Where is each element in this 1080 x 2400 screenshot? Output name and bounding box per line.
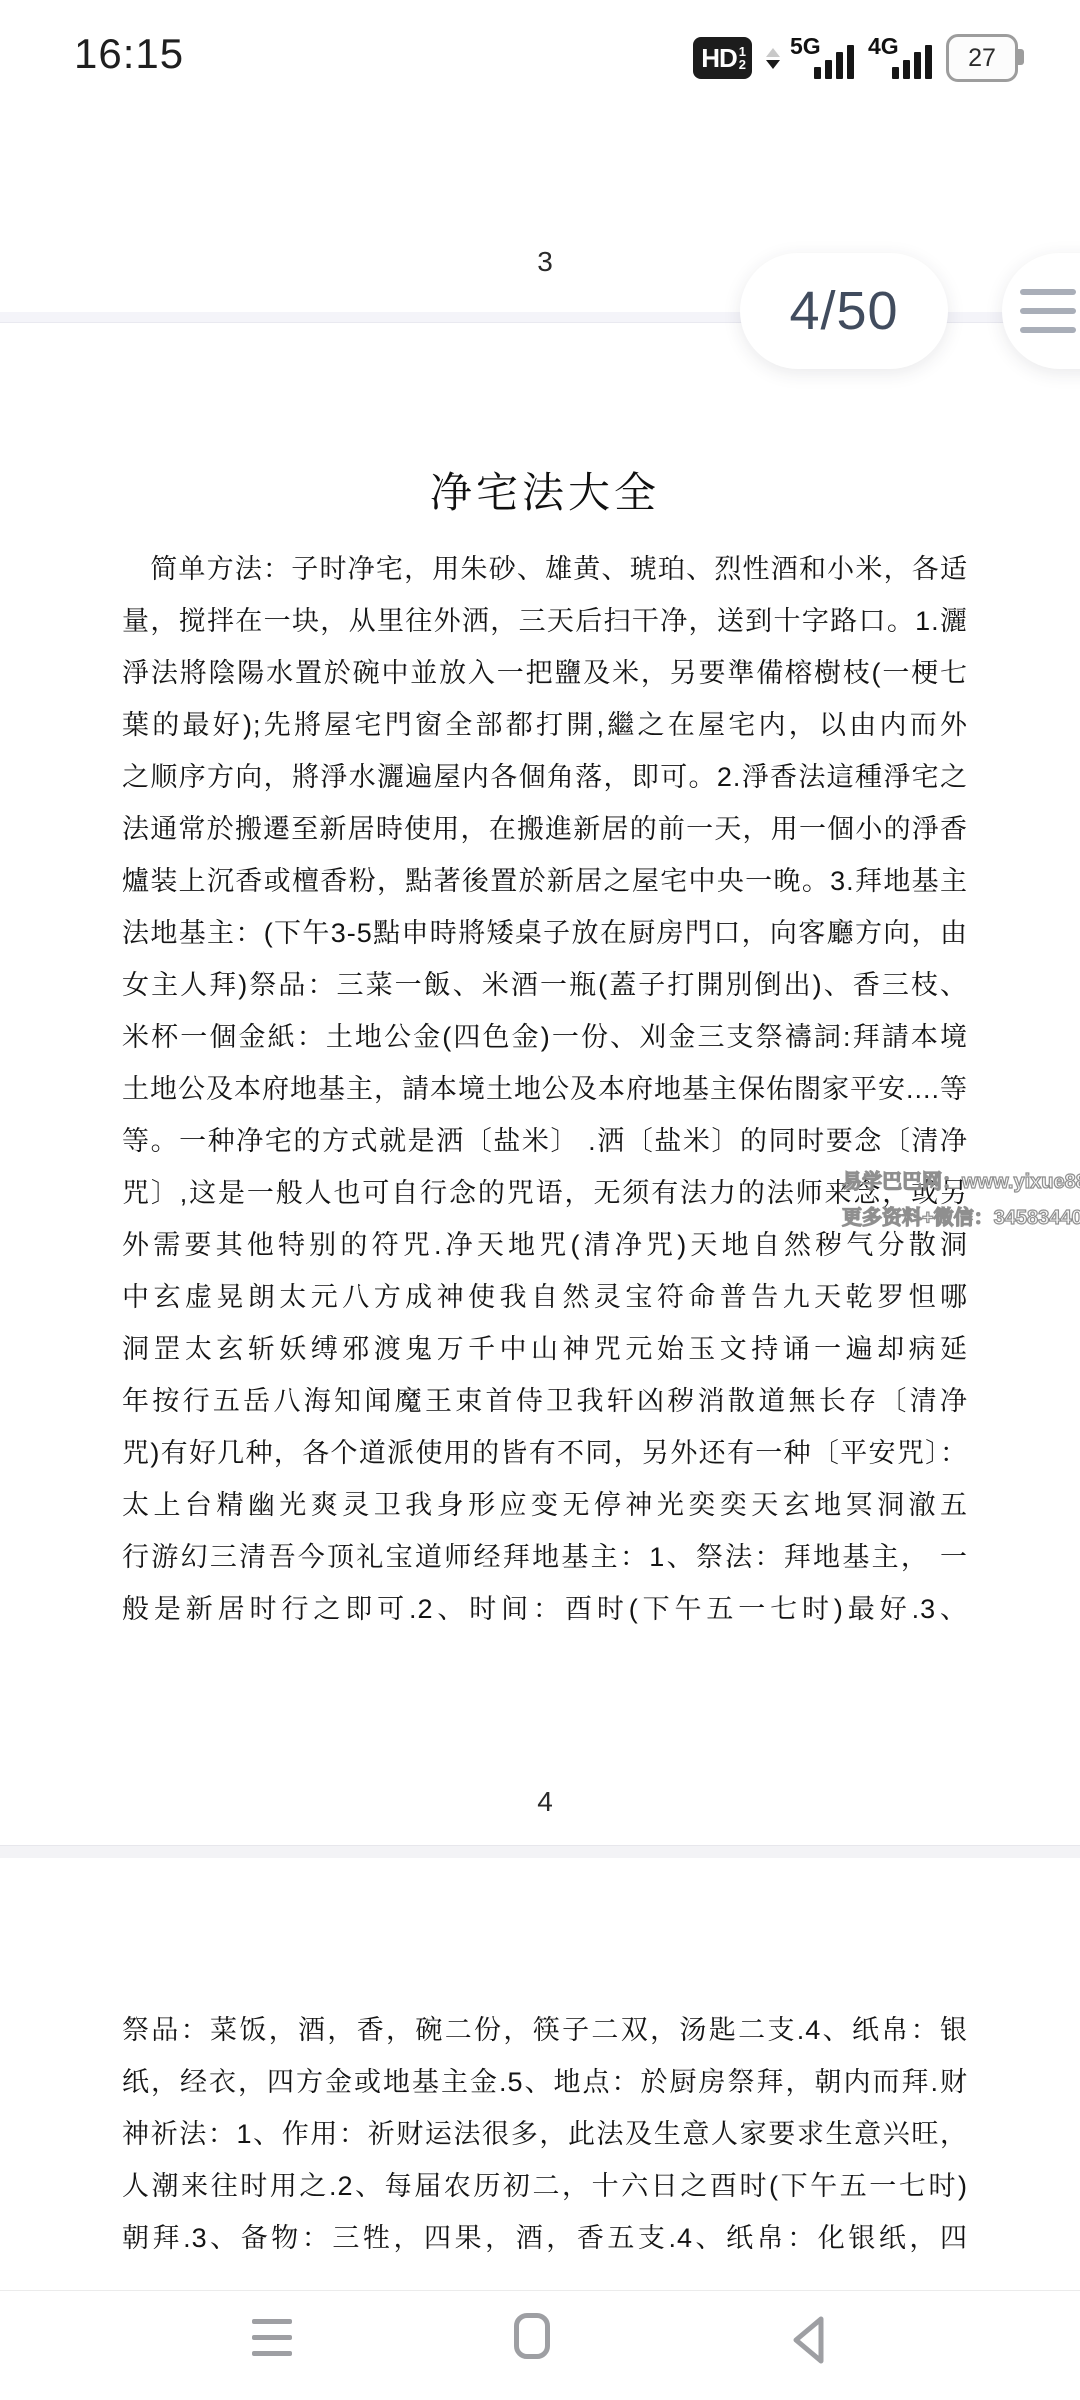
- text-line: 法通常於搬遷至新居時使用，在搬進新居的前一天，用一個小的淨香: [122, 803, 968, 855]
- recents-button[interactable]: [252, 2319, 292, 2356]
- text-line: 年按行五岳八海知闻魔王束首侍卫我轩凶秽消散道無长存〔清净: [122, 1375, 968, 1427]
- phone-screen: 16:15 HD 1 2 5G 4G: [0, 0, 1080, 2400]
- text-line: 爐装上沉香或檀香粉，點著後置於新居之屋宅中央一晚。3.拜地基主: [122, 855, 968, 907]
- text-line: 祭品：菜饭，酒，香，碗二份，筷子二双，汤匙二支.4、纸帛：银: [122, 2004, 968, 2056]
- watermark: 易学巴巴网：www.yixue88.cn 更多资料+微信：3458344044: [842, 1164, 1080, 1235]
- reader-menu-button[interactable]: [1002, 253, 1080, 369]
- text-line: 朝拜.3、备物：三牲，四果，酒，香五支.4、纸帛：化银纸，四: [122, 2212, 968, 2264]
- page-indicator-text: 4/50: [789, 280, 898, 342]
- text-line: 人潮来往时用之.2、每届农历初二，十六日之酉时(下午五一七时): [122, 2160, 968, 2212]
- text-line: 之顺序方向，將淨水灑遍屋内各個角落，即可。2.淨香法這種淨宅之: [122, 751, 968, 803]
- menu-lines-icon: [252, 2319, 292, 2324]
- status-icons: HD 1 2 5G 4G 27: [693, 34, 1018, 82]
- text-line: 般是新居时行之即可.2、时间：酉时(下午五一七时)最好.3、: [122, 1583, 968, 1635]
- hamburger-icon: [1020, 289, 1076, 295]
- text-line: 淨法將陰陽水置於碗中並放入一把鹽及米，另要準備榕樹枝(一梗七: [122, 647, 968, 699]
- page4-text: 简单方法：子时净宅，用朱砂、雄黄、琥珀、烈性酒和小米，各适量，搅拌在一块，从里往…: [122, 543, 968, 1635]
- page-divider: [0, 1845, 1080, 1858]
- text-line: 中玄虚晃朗太元八方成神使我自然灵宝符命普告九天乾罗怛哪: [122, 1271, 968, 1323]
- text-line: 葉的最好);先將屋宅門窗全部都打開,繼之在屋宅内，以由内而外: [122, 699, 968, 751]
- volte-hd-icon: HD 1 2: [693, 37, 752, 79]
- watermark-site: 易学巴巴网：www.yixue88.cn: [842, 1164, 1080, 1201]
- text-line: 神祈法：1、作用：祈财运法很多，此法及生意人家要求生意兴旺，: [122, 2108, 968, 2160]
- page4-footer-number: 4: [122, 1786, 968, 1818]
- data-activity-arrows-icon: [766, 48, 780, 69]
- clock: 16:15: [74, 30, 184, 78]
- text-line: 米杯一個金紙：土地公金(四色金)一份、刈金三支祭禱詞:拜請本境: [122, 1011, 968, 1063]
- text-line: 太上台精幽光爽灵卫我身形应变无停神光奕奕天玄地冥洞澈五: [122, 1479, 968, 1531]
- text-line: 法地基主：(下午3-5點申時將矮桌子放在厨房門口，向客廳方向，由: [122, 907, 968, 959]
- watermark-contact: 更多资料+微信：3458344044: [842, 1201, 1080, 1235]
- text-line: 等。一种净宅的方式就是洒〔盐米〕 .洒〔盐米〕的同时要念〔清净: [122, 1115, 968, 1167]
- battery-icon: 27: [946, 34, 1018, 82]
- system-nav-bar: [0, 2290, 1080, 2400]
- home-button[interactable]: [514, 2313, 550, 2359]
- battery-percent: 27: [968, 44, 996, 73]
- signal-5g-icon: 5G: [790, 35, 854, 81]
- page-indicator-pill[interactable]: 4/50: [740, 253, 948, 369]
- text-line: 咒)有好几种，各个道派使用的皆有不同，另外还有一种〔平安咒〕：: [122, 1427, 968, 1479]
- text-line: 行游幻三清吾今顶礼宝道师经拜地基主：1、祭法：拜地基主， 一: [122, 1531, 968, 1583]
- text-line: 土地公及本府地基主，請本境土地公及本府地基主保佑閤家平安....等: [122, 1063, 968, 1115]
- back-button[interactable]: [788, 2314, 828, 2371]
- text-line: 洞罡太玄斩妖缚邪渡鬼万千中山神咒元始玉文持诵一遍却病延: [122, 1323, 968, 1375]
- page5-text: 祭品：菜饭，酒，香，碗二份，筷子二双，汤匙二支.4、纸帛：银纸，经衣，四方金或地…: [122, 2004, 968, 2264]
- text-line: 量，搅拌在一块，从里往外洒，三天后扫干净，送到十字路口。1.灑: [122, 595, 968, 647]
- back-triangle-icon: [788, 2314, 828, 2366]
- text-line: 简单方法：子时净宅，用朱砂、雄黄、琥珀、烈性酒和小米，各适: [122, 543, 968, 595]
- status-bar: 16:15 HD 1 2 5G 4G: [0, 0, 1080, 100]
- text-line: 纸，经衣，四方金或地基主金.5、地点：於厨房祭拜，朝内而拜.财: [122, 2056, 968, 2108]
- document-title: 净宅法大全: [122, 460, 968, 520]
- text-line: 女主人拜)祭品：三菜一飯、米酒一瓶(蓋子打開別倒出)、香三枝、: [122, 959, 968, 1011]
- signal-4g-icon: 4G: [868, 35, 932, 81]
